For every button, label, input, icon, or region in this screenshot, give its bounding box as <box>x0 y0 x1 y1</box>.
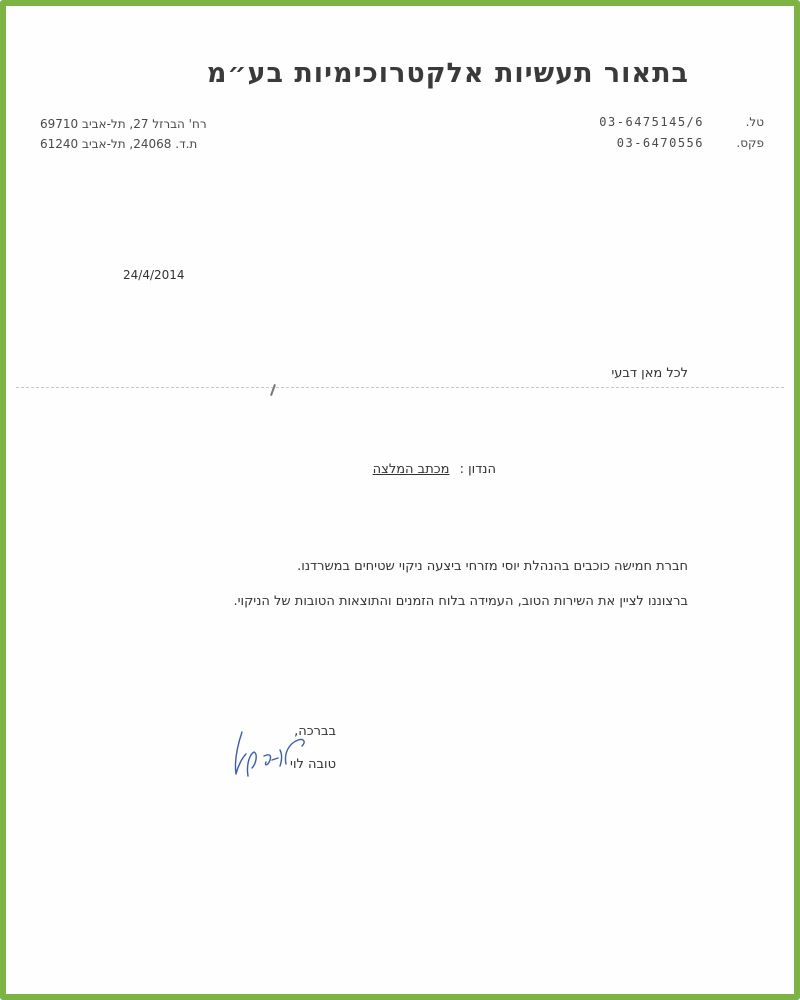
recipient-line: לכל מאן דבעי <box>611 366 688 381</box>
phone-row: 03-6475145/6 טל. <box>599 115 764 129</box>
phone-label: טל. <box>704 115 764 129</box>
handwritten-signature-icon <box>228 724 310 780</box>
letter-page: בתאור תעשיות אלקטרוכימיות בע״מ רח' הברזל… <box>6 6 794 994</box>
subject-value: מכתב המלצה <box>373 462 450 477</box>
fax-row: 03-6470556 פקס. <box>617 136 764 150</box>
body-paragraph-1: חברת חמישה כוכבים בהנהלת יוסי מזרחי ביצע… <box>297 559 688 574</box>
fax-number: 03-6470556 <box>617 136 704 150</box>
subject-label: הנדון : <box>460 462 496 477</box>
address-po-box: ת.ד. 24068, תל-אביב 61240 <box>40 137 197 151</box>
fax-label: פקס. <box>704 136 764 150</box>
letter-date: 24/4/2014 <box>123 268 185 282</box>
paper-fold-line <box>16 387 784 389</box>
body-paragraph-2: ברצוננו לציין את השירות הטוב, העמידה בלו… <box>234 594 689 609</box>
company-name-heading: בתאור תעשיות אלקטרוכימיות בע״מ <box>207 58 689 89</box>
phone-number: 03-6475145/6 <box>599 115 704 129</box>
subject-line: הנדון : מכתב המלצה <box>373 462 496 477</box>
address-street: רח' הברזל 27, תל-אביב 69710 <box>40 117 207 131</box>
pen-mark <box>270 384 276 396</box>
